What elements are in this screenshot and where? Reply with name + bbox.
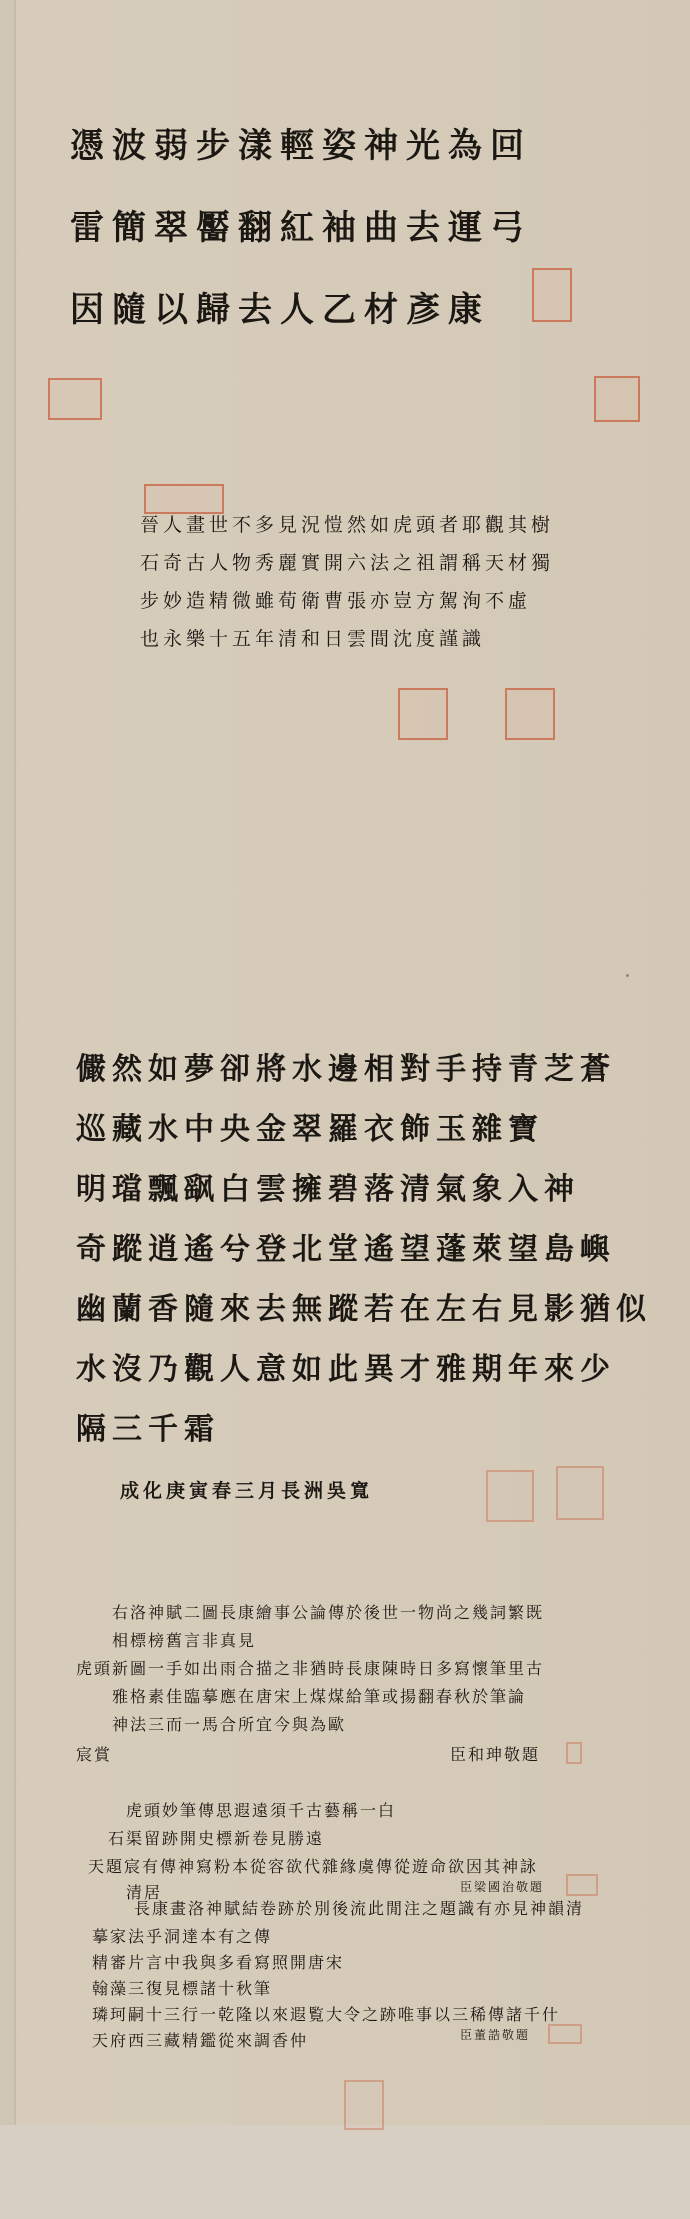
seal-2 [48,378,102,420]
text-row: 憑波弱步漾輕姿神光為回 [70,118,532,167]
text-row: 儼然如夢卻將水邊相對手持青芝蒼 [76,1044,616,1088]
seal-5 [398,688,448,740]
text-row: 步妙造精微雖荀衛曹張亦豈方駕洵不虛 [140,586,531,613]
signature: 臣董誥敬題 [460,2026,530,2043]
text-row: 水沒乃觀人意如此異才雅期年來少 [76,1344,616,1388]
text-row: 晉人畫世不多見況愷然如虎頭者耶觀其樹 [140,510,554,537]
seal-12 [344,2080,384,2130]
text-row: 雅格素佳臨摹應在唐宋上煤煤給筆或揚翻春秋於筆論 [112,1684,526,1707]
text-row: 因隨以歸去人乙材彥康 [70,282,490,331]
mount-edge [14,0,16,2219]
signature: 成化庚寅春三月長洲吳寬 [120,1476,373,1503]
text-row: 虎頭妙筆傳思遐遠須千古藝稱一白 [126,1798,396,1821]
text-row: 石渠留跡開史標新卷見勝遠 [108,1826,324,1849]
text-row: 天題宸有傳神寫粉本從容欲代雜緣虞傳從遊命欲因其神詠 [88,1854,538,1877]
text-row: 天府西三藏精鑑從來調香仲 [92,2028,308,2051]
text-row: 相標榜舊言非真見 [112,1628,256,1651]
paper-speck [626,974,629,977]
seal-3 [594,376,640,422]
text-row: 巡藏水中央金翠羅衣飾玉雜寶 [76,1104,544,1148]
scroll-bottom-margin [0,2125,690,2219]
text-row: 翰藻三復見標諸十秋筆 [92,1976,272,1999]
signature: 臣梁國治敬題 [460,1878,544,1895]
text-row: 宸賞 [76,1742,112,1765]
text-row: 神法三而一馬合所宜今與為歐 [112,1712,346,1735]
text-row: 石奇古人物秀麗實開六法之祖謂稱天材獨 [140,548,554,575]
text-row: 隔三千霜 [76,1404,220,1448]
text-row: 明璫飄飖白雲擁碧落清氣象入神 [76,1164,580,1208]
text-row: 也永樂十五年清和日雲間沈度謹識 [140,624,485,651]
seal-8 [556,1466,604,1520]
text-row: 虎頭新圖一手如出雨合描之非猶時長康陳時日多寫懷筆里古 [76,1656,544,1679]
seal-7 [486,1470,534,1522]
seal-11 [548,2024,582,2044]
signature: 臣和珅敬題 [450,1742,540,1765]
text-row: 摹家法乎洞達本有之傳 [92,1924,272,1947]
seal-6 [505,688,555,740]
seal-1 [532,268,572,322]
text-row: 幽蘭香隨來去無蹤若在左右見影猶似 [76,1284,652,1328]
text-row: 奇蹤逍遙兮登北堂遙望蓬萊望島嶼 [76,1224,616,1268]
text-row: 長康畫洛神賦結卷跡於別後流此閒注之題識有亦見神韻清 [134,1896,584,1919]
text-row: 精審片言中我與多看寫照開唐宋 [92,1950,344,1973]
text-row: 右洛神賦二圖長康繪事公論傳於後世一物尚之幾詞繁既 [112,1600,544,1623]
text-row: 雷簡翠靨翻紅袖曲去運弓 [70,200,532,249]
seal-10 [566,1874,598,1896]
seal-9 [566,1742,582,1764]
text-row: 璘珂嗣十三行一乾隆以來遐覧大令之跡唯事以三稀傳諸千什 [92,2002,560,2025]
